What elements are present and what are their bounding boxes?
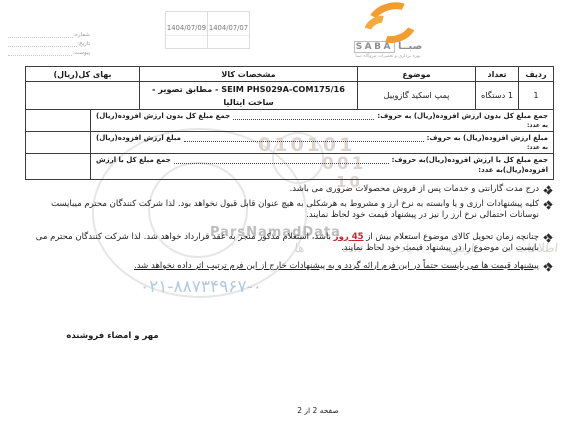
note-text: پیشنهاد قیمت ها می بایست حتماً در این فر… [134, 261, 539, 271]
summary-text: جمع مبلغ کل بدون ارزش افزوده(ریال) به حر… [91, 110, 553, 131]
summary-row-vat-amount: مبلغ ارزش افزوده(ریال) به حروف: مبلغ ارز… [26, 131, 553, 153]
meta-number-row: شماره: [8, 29, 92, 38]
cell-quantity: 1 دستگاه [475, 82, 518, 109]
summary-text: جمع مبلغ کل با ارزش افزوده(ریال)به حروف:… [91, 154, 553, 179]
dotted-leader [174, 159, 389, 164]
diamond-bullet-icon [544, 263, 552, 271]
cell-specs: SEIM PHS029A-COM175/16 - مطابق تصویر - س… [139, 82, 357, 109]
meta-number-label: شماره: [73, 32, 90, 38]
header-quantity: تعداد [475, 67, 518, 81]
meta-fields: شماره: تاریخ: پیوست: [8, 29, 92, 56]
dotted-leader [233, 115, 374, 120]
header-total-price: بهای کل(ریال) [26, 67, 139, 81]
cell-row-number: 1 [518, 82, 553, 109]
table-row: 1 1 دستگاه پمپ اسکید گازوییل SEIM PHS029… [26, 81, 553, 109]
table-header-row: ردیف تعداد موضوع مشخصات کالا بهای کل(ریا… [26, 67, 553, 81]
seller-signature-label: مهر و امضاء فروشنده [55, 331, 170, 341]
cell-total-price [26, 82, 139, 109]
diamond-bullet-icon [544, 201, 552, 209]
page-number: صفحه 2 از 2 [278, 406, 358, 415]
summary-label-repeat: جمع مبلغ کل بدون ارزش افزوده(ریال) [96, 112, 230, 120]
summary-label-words: جمع مبلغ کل بدون ارزش افزوده(ریال) به حر… [377, 112, 548, 120]
meta-date-line [8, 42, 77, 47]
date-cell: 1404/07/07 [207, 12, 249, 48]
note-form-requirement: پیشنهاد قیمت ها می بایست حتماً در این فر… [25, 261, 554, 273]
terms-notes: درج مدت گارانتی و خدمات پس از فروش محصول… [25, 184, 554, 272]
header-row-number: ردیف [518, 67, 553, 81]
note-text: کلیه پیشنهادات ارزی و یا وابسته به نرخ ا… [51, 199, 539, 221]
note-warranty: درج مدت گارانتی و خدمات پس از فروش محصول… [25, 184, 554, 196]
date-cell: 1404/07/09 [166, 12, 207, 48]
summary-label-repeat: مبلغ ارزش افزوده(ریال) [96, 134, 181, 142]
logo-text-farsi: صبــا [398, 41, 422, 52]
document-page: شماره: تاریخ: پیوست: 1404/07/09 1404/07/… [0, 0, 576, 438]
note-text: درج مدت گارانتی و خدمات پس از فروش محصول… [290, 184, 539, 194]
date-value-1: 1404/07/09 [166, 24, 207, 36]
summary-label-repeat: جمع مبلغ کل با ارزش [96, 156, 171, 164]
meta-date-row: تاریخ: [8, 38, 92, 47]
cell-subject: پمپ اسکید گازوییل [357, 82, 475, 109]
header-specs: مشخصات کالا [139, 67, 357, 81]
summary-label-figures: افزوده(ریال)به عدد: [96, 166, 548, 174]
note-highlight-days: 45 روز [334, 232, 364, 242]
note-currency: کلیه پیشنهادات ارزی و یا وابسته به نرخ ا… [25, 199, 554, 222]
summary-amount-cell [26, 132, 91, 153]
saba-swirl-icon [353, 2, 423, 40]
summary-label-words: جمع مبلغ کل با ارزش افزوده(ریال)به حروف: [392, 156, 548, 164]
meta-attachment-line [8, 51, 72, 56]
summary-row-total-without-vat: جمع مبلغ کل بدون ارزش افزوده(ریال) به حر… [26, 109, 553, 131]
date-value-2: 1404/07/07 [208, 24, 249, 36]
header-subject: موضوع [357, 67, 475, 81]
note-delivery-time: چنانچه زمان تحویل کالای موضوع استعلام بی… [25, 232, 554, 255]
meta-attachment-label: پیوست: [72, 50, 90, 56]
logo-caption: بهره برداری و تعمیرات نیروگاه صبا [338, 54, 438, 59]
diamond-bullet-icon [544, 234, 552, 242]
items-table: ردیف تعداد موضوع مشخصات کالا بهای کل(ریا… [25, 66, 554, 180]
dotted-leader [184, 137, 424, 142]
summary-amount-cell [26, 110, 91, 131]
summary-amount-cell [26, 154, 91, 179]
note-text-pre: چنانچه زمان تحویل کالای موضوع استعلام بی… [364, 232, 539, 242]
meta-date-label: تاریخ: [77, 41, 90, 47]
meta-number-line [8, 33, 73, 38]
summary-label-figures: به عدد: [96, 122, 548, 129]
diamond-bullet-icon [544, 186, 552, 194]
summary-text: مبلغ ارزش افزوده(ریال) به حروف: مبلغ ارز… [91, 132, 553, 153]
dates-box: 1404/07/09 1404/07/07 [165, 11, 250, 49]
company-logo: صبــا SABA بهره برداری و تعمیرات نیروگاه… [338, 2, 438, 59]
summary-label-words: مبلغ ارزش افزوده(ریال) به حروف: [427, 134, 548, 142]
note-text: چنانچه زمان تحویل کالای موضوع استعلام بی… [36, 232, 539, 254]
meta-attachment-row: پیوست: [8, 47, 92, 56]
summary-label-figures: به عدد: [96, 144, 548, 151]
summary-row-total-with-vat: جمع مبلغ کل با ارزش افزوده(ریال)به حروف:… [26, 153, 553, 179]
